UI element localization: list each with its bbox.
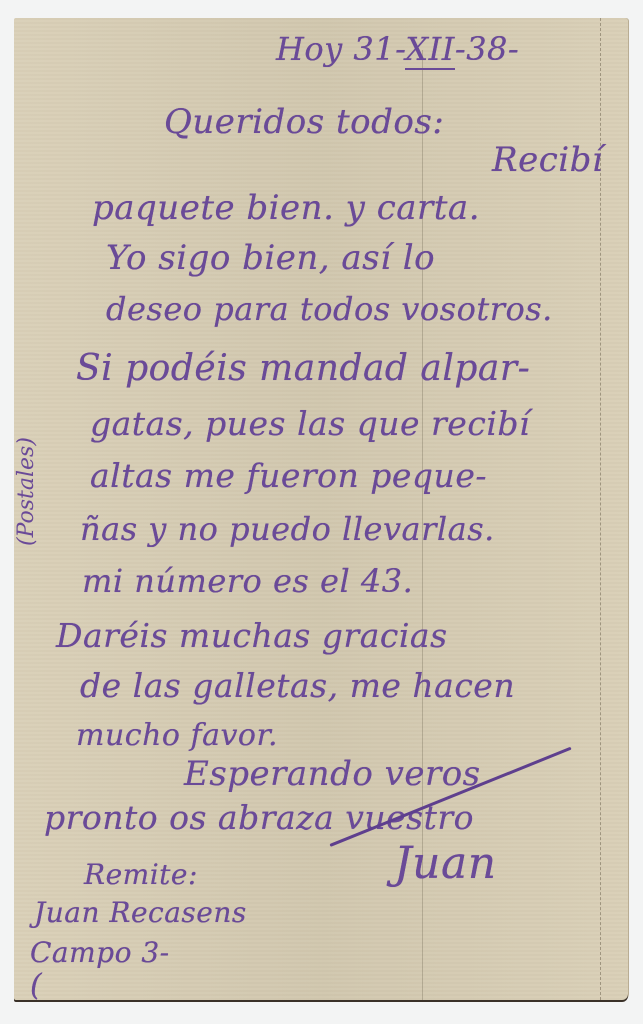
- sender-label: Remite:: [84, 858, 198, 891]
- body-line: de las galletas, me hacen: [80, 666, 515, 705]
- postcard: Hoy 31-XII-38- Queridos todos: Recibí pa…: [14, 18, 628, 1000]
- body-line: gatas, pues las que recibí: [90, 404, 530, 443]
- date-line: Hoy 31-XII-38-: [276, 30, 519, 68]
- body-line: altas me fueron peque-: [90, 456, 487, 495]
- body-line: Daréis muchas gracias: [56, 616, 448, 655]
- body-line: Yo sigo bien, así lo: [106, 238, 435, 278]
- signature: Juan: [394, 838, 497, 889]
- sender-address: Campo 3-: [30, 936, 170, 969]
- body-line: mucho favor.: [76, 718, 278, 753]
- body-line: pronto os abraza vuestro: [44, 798, 474, 837]
- margin-note: (Postales): [14, 346, 39, 546]
- bottom-mark: (: [30, 968, 42, 1003]
- date-day: 31-: [353, 30, 405, 68]
- body-line: Recibí: [492, 140, 603, 180]
- body-line: ñas y no puedo llevarlas.: [80, 510, 495, 548]
- date-prefix: Hoy: [276, 30, 343, 68]
- date-month: XII: [405, 30, 455, 70]
- salutation: Queridos todos:: [164, 102, 444, 142]
- body-line: mi número es el 43.: [82, 562, 413, 600]
- date-year: -38-: [455, 30, 519, 68]
- body-line: paquete bien. y carta.: [92, 188, 480, 228]
- body-line: Si podéis mandad alpar-: [76, 348, 530, 389]
- body-line: Esperando veros: [184, 754, 481, 794]
- body-line: deseo para todos vosotros.: [106, 290, 553, 328]
- sender-name: Juan Recasens: [34, 896, 247, 929]
